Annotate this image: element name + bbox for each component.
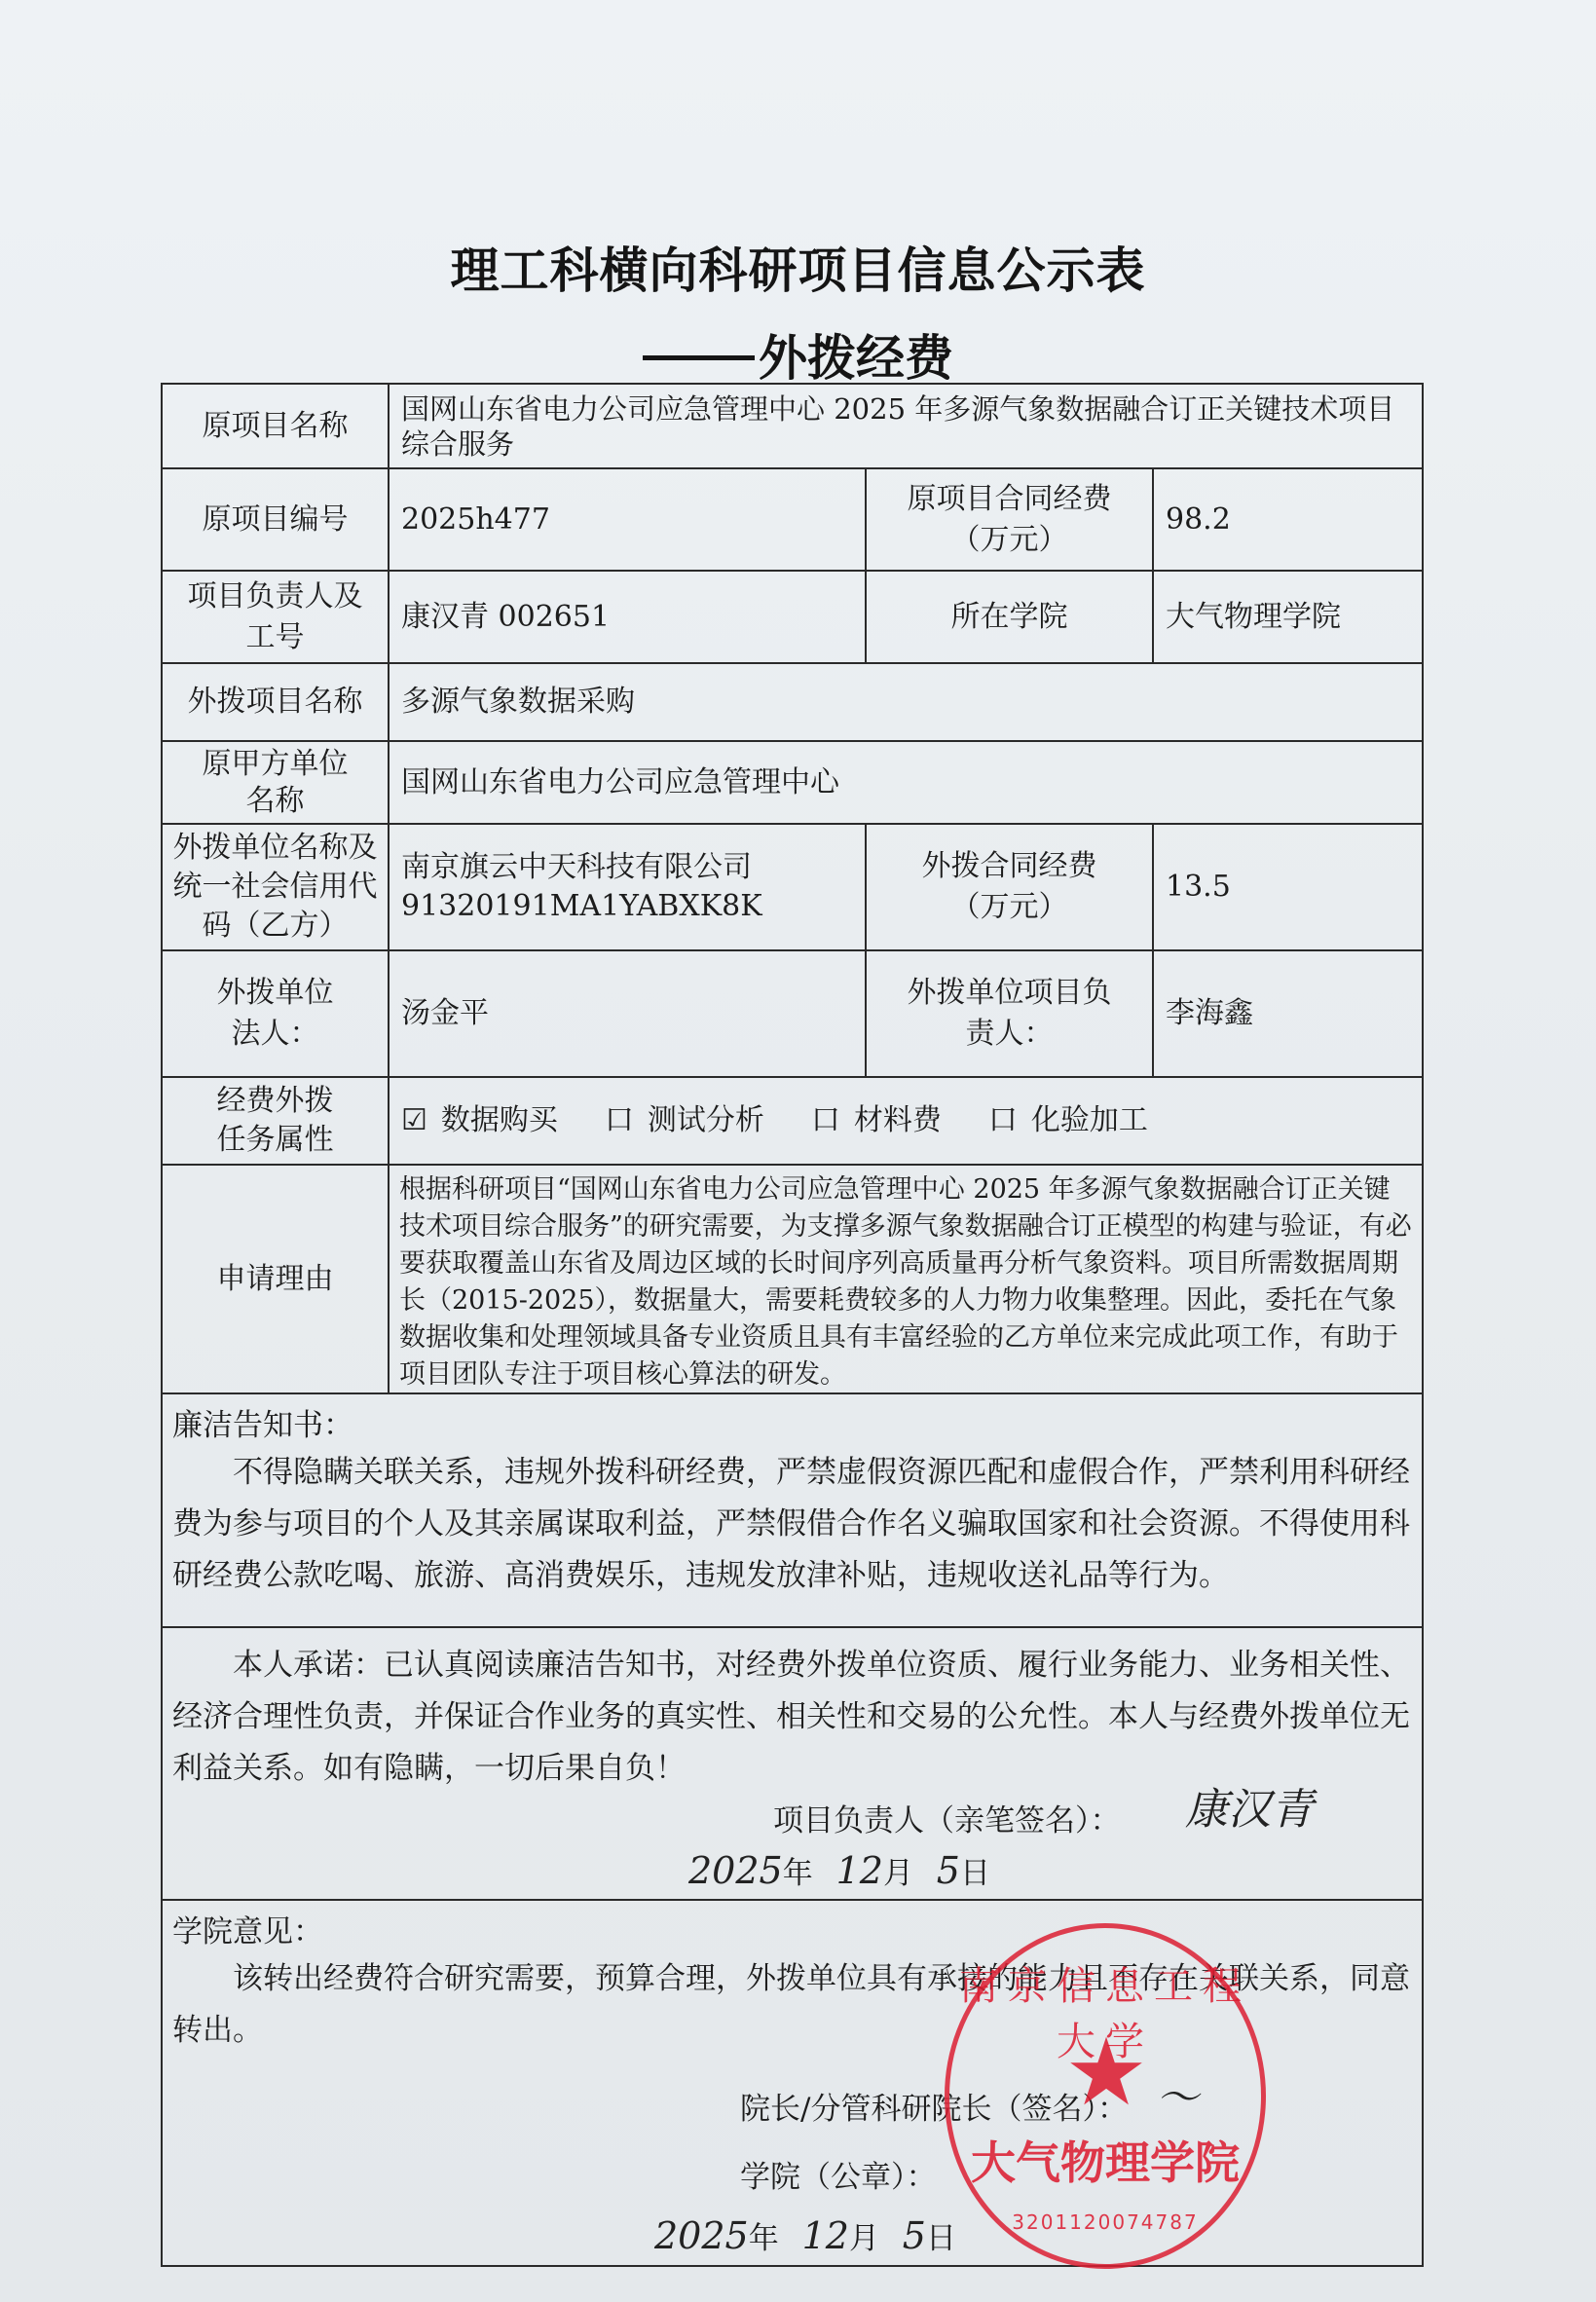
- label-outsourced-unit: 外拨单位名称及统一社会信用代码（乙方）: [163, 825, 390, 949]
- option-data-purchase[interactable]: ☑数据购买: [401, 1100, 558, 1141]
- label-project-leader: 项目负责人及工号: [163, 572, 390, 662]
- row-original-party-a: 原甲方单位名称 国网山东省电力公司应急管理中心: [163, 742, 1422, 825]
- row-outsourced-project-name: 外拨项目名称 多源气象数据采购: [163, 664, 1422, 742]
- checkbox-empty-icon[interactable]: 口: [811, 1100, 840, 1141]
- row-original-project-no: 原项目编号 2025h477 原项目合同经费（万元） 98.2: [163, 469, 1422, 572]
- date-year-suffix: 年: [783, 1856, 813, 1891]
- value-original-contract-fund: 98.2: [1154, 469, 1422, 570]
- option-label: 测试分析: [648, 1100, 764, 1141]
- label-outsourced-contract-fund: 外拨合同经费（万元）: [867, 825, 1154, 949]
- page-subtitle: 外拨经费: [0, 319, 1596, 390]
- row-task-attributes: 经费外拨任务属性 ☑数据购买 口测试分析 口材料费 口化验加工: [163, 1078, 1422, 1166]
- label-outsourced-legal: 外拨单位法人：: [163, 951, 390, 1076]
- date-day-suffix: 日: [960, 1856, 990, 1891]
- value-outsourced-unit: 南京旗云中天科技有限公司 91320191MA1YABXK8K: [390, 825, 867, 949]
- commitment-body: 本人承诺：已认真阅读廉洁告知书，对经费外拨单位资质、履行业务能力、业务相关性、经…: [172, 1640, 1412, 1795]
- value-outsourced-project-name: 多源气象数据采购: [390, 664, 1422, 740]
- subtitle-text: 外拨经费: [759, 330, 953, 387]
- value-original-project-no: 2025h477: [390, 469, 867, 570]
- date-day: 5: [903, 2214, 926, 2257]
- section-integrity-notice: 廉洁告知书： 不得隐瞒关联关系，违规外拨科研经费，严禁虚假资源匹配和虚假合作，严…: [163, 1394, 1422, 1628]
- checkbox-empty-icon[interactable]: 口: [988, 1100, 1018, 1141]
- value-original-project-name: 国网山东省电力公司应急管理中心 2025 年多源气象数据融合订正关键技术项目综合…: [390, 385, 1422, 467]
- checkbox-checked-icon[interactable]: ☑: [401, 1100, 427, 1141]
- value-project-leader: 康汉青 002651: [390, 572, 867, 662]
- label-task-attributes: 经费外拨任务属性: [163, 1078, 390, 1164]
- value-application-reason: 根据科研项目“国网山东省电力公司应急管理中心 2025 年多源气象数据融合订正关…: [390, 1166, 1422, 1392]
- row-application-reason: 申请理由 根据科研项目“国网山东省电力公司应急管理中心 2025 年多源气象数据…: [163, 1166, 1422, 1394]
- option-label: 化验加工: [1031, 1100, 1148, 1141]
- section-commitment: 本人承诺：已认真阅读廉洁告知书，对经费外拨单位资质、履行业务能力、业务相关性、经…: [163, 1628, 1422, 1901]
- date-year-suffix: 年: [749, 2221, 779, 2256]
- label-outsourced-project-name: 外拨项目名称: [163, 664, 390, 740]
- leader-signature-label: 项目负责人（亲笔签名）：: [773, 1796, 1121, 1847]
- outsourced-unit-credit-code: 91320191MA1YABXK8K: [401, 887, 762, 926]
- seal-label: 学院（公章）：: [740, 2152, 937, 2204]
- integrity-notice-heading: 廉洁告知书：: [172, 1404, 1412, 1447]
- date-month: 12: [836, 1849, 883, 1892]
- option-label: 材料费: [854, 1100, 942, 1141]
- label-application-reason: 申请理由: [163, 1166, 390, 1392]
- college-seal-stamp: 南京信息工程大学 ★ 大气物理学院 3201120074787: [945, 1923, 1266, 2269]
- date-month: 12: [802, 2214, 849, 2257]
- label-original-party-a: 原甲方单位名称: [163, 742, 390, 823]
- label-outsourced-leader: 外拨单位项目负责人：: [867, 951, 1154, 1076]
- date-day: 5: [937, 1849, 960, 1892]
- date-month-suffix: 月: [883, 1856, 913, 1891]
- task-attribute-options: ☑数据购买 口测试分析 口材料费 口化验加工: [390, 1078, 1422, 1164]
- commitment-date: 2025年 12月 5日: [688, 1845, 990, 1900]
- outsourced-unit-name: 南京旗云中天科技有限公司: [401, 848, 752, 887]
- option-test-analysis[interactable]: 口测试分析: [605, 1100, 764, 1141]
- value-outsourced-legal: 汤金平: [390, 951, 867, 1076]
- row-original-project-name: 原项目名称 国网山东省电力公司应急管理中心 2025 年多源气象数据融合订正关键…: [163, 385, 1422, 469]
- label-college: 所在学院: [867, 572, 1154, 662]
- college-opinion-date: 2025年 12月 5日: [654, 2210, 956, 2265]
- em-dash-rule: [643, 355, 755, 360]
- integrity-notice-body: 不得隐瞒关联关系，违规外拨科研经费，严禁虚假资源匹配和虚假合作，严禁利用科研经费…: [172, 1447, 1412, 1602]
- checkbox-empty-icon[interactable]: 口: [605, 1100, 634, 1141]
- value-original-party-a: 国网山东省电力公司应急管理中心: [390, 742, 1422, 823]
- leader-signature[interactable]: 康汉青: [1185, 1784, 1314, 1836]
- date-year: 2025: [654, 2214, 749, 2257]
- stamp-center-text: 大气物理学院: [949, 2128, 1261, 2192]
- college-opinion-heading: 学院意见：: [172, 1911, 1412, 1953]
- page-title: 理工科横向科研项目信息公示表: [0, 232, 1596, 302]
- row-project-leader: 项目负责人及工号 康汉青 002651 所在学院 大气物理学院: [163, 572, 1422, 664]
- label-original-project-no: 原项目编号: [163, 469, 390, 570]
- date-month-suffix: 月: [849, 2221, 879, 2256]
- option-material-fee[interactable]: 口材料费: [811, 1100, 942, 1141]
- label-original-project-name: 原项目名称: [163, 385, 390, 467]
- option-label: 数据购买: [441, 1100, 558, 1141]
- value-college: 大气物理学院: [1154, 572, 1422, 662]
- value-outsourced-contract-fund: 13.5: [1154, 825, 1422, 949]
- row-outsourced-legal: 外拨单位法人： 汤金平 外拨单位项目负责人： 李海鑫: [163, 951, 1422, 1078]
- star-icon: ★: [1064, 2025, 1148, 2119]
- date-year: 2025: [688, 1849, 783, 1892]
- label-original-contract-fund: 原项目合同经费（万元）: [867, 469, 1154, 570]
- stamp-code: 3201120074787: [949, 2210, 1261, 2234]
- row-outsourced-unit: 外拨单位名称及统一社会信用代码（乙方） 南京旗云中天科技有限公司 9132019…: [163, 825, 1422, 951]
- option-lab-processing[interactable]: 口化验加工: [988, 1100, 1148, 1141]
- value-outsourced-leader: 李海鑫: [1154, 951, 1422, 1076]
